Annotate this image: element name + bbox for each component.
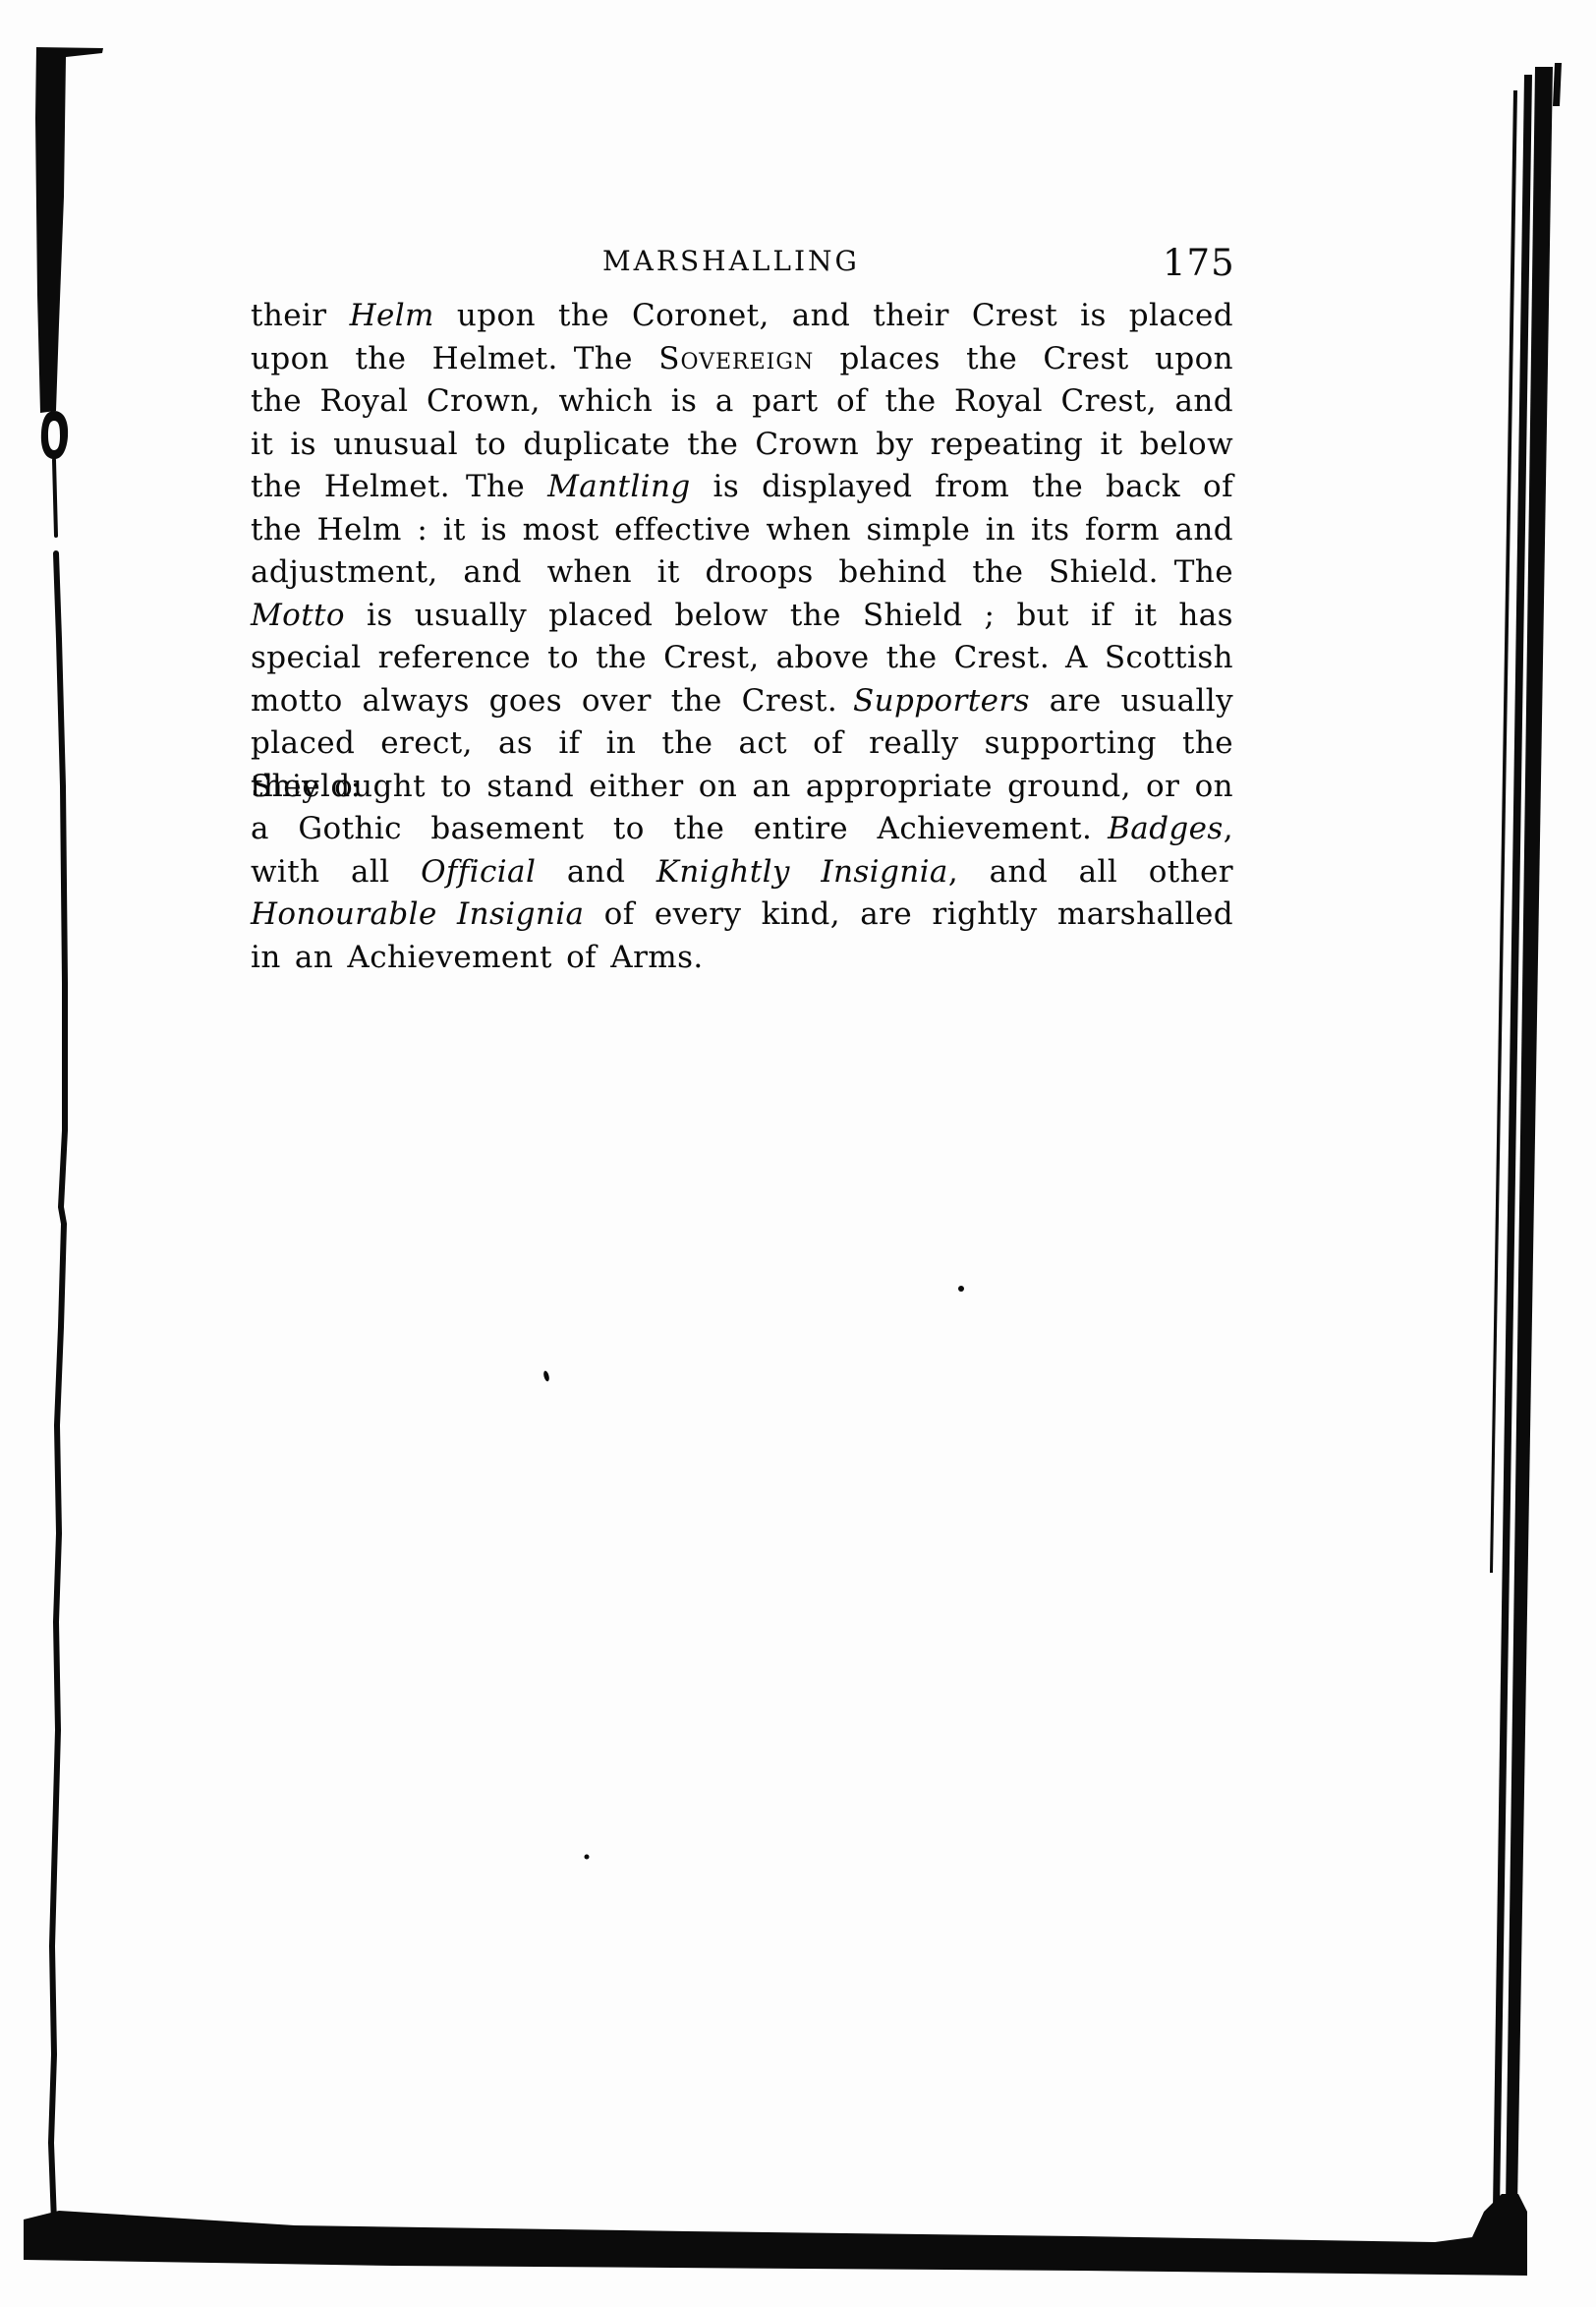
text-segment: Official <box>421 854 536 890</box>
text-segment: is usually placed below the Shield ; but… <box>345 598 1233 633</box>
left-edge-blotch <box>35 47 103 413</box>
left-edge-crease-line <box>51 553 65 2221</box>
text-line: they ought to stand either on an appropr… <box>251 766 1233 809</box>
left-edge-loop <box>41 411 68 459</box>
text-segment: special reference to the Crest, above th… <box>251 640 1233 675</box>
text-line: a Gothic basement to the entire Achievem… <box>251 808 1233 851</box>
text-line: upon the Helmet. The Sovereign places th… <box>251 338 1233 381</box>
right-binding-stripe-thin <box>1490 90 1517 1573</box>
text-line: Motto is usually placed below the Shield… <box>251 595 1233 638</box>
text-segment: with all <box>251 854 421 890</box>
text-line: it is unusual to duplicate the Crown by … <box>251 424 1233 467</box>
text-segment: Badges <box>1108 811 1224 846</box>
text-line: Honourable Insignia of every kind, are r… <box>251 894 1233 937</box>
text-segment: , <box>1224 811 1233 846</box>
text-segment: , and all other <box>948 854 1233 890</box>
text-segment: motto always goes over the Crest. <box>251 683 853 719</box>
text-segment: Helm <box>350 298 434 333</box>
text-line: adjustment, and when it droops behind th… <box>251 551 1233 595</box>
text-segment: upon the Helmet. The <box>251 341 658 376</box>
text-segment: Sovereign <box>658 341 814 376</box>
text-segment: the Helm : it is most effective when sim… <box>251 512 1233 548</box>
text-line: motto always goes over the Crest. Suppor… <box>251 680 1233 723</box>
text-segment: is displayed from the back of <box>691 469 1233 504</box>
text-segment: are usually <box>1030 683 1233 719</box>
text-segment: their <box>251 298 350 333</box>
right-binding-stripe-medium <box>1493 75 1532 2210</box>
text-segment: Mantling <box>547 469 691 504</box>
text-line: placed erect, as if in the act of really… <box>251 722 1233 766</box>
text-line: the Helmet. The Mantling is displayed fr… <box>251 466 1233 509</box>
dust-speck-small <box>585 1855 590 1860</box>
text-segment: it is unusual to duplicate the Crown by … <box>251 427 1233 462</box>
text-segment: of every kind, are rightly marshalled <box>584 896 1233 932</box>
right-binding-stripe-thick <box>1506 67 1553 2207</box>
text-line: the Royal Crown, which is a part of the … <box>251 380 1233 424</box>
text-segment: places the Crest upon <box>814 341 1233 376</box>
page-number: 175 <box>1163 242 1235 284</box>
text-segment: Knightly Insignia <box>656 854 948 890</box>
text-line: special reference to the Crest, above th… <box>251 637 1233 680</box>
text-line: with all Official and Knightly Insignia,… <box>251 851 1233 894</box>
text-segment: in an Achievement of Arms. <box>251 940 704 975</box>
text-segment: the Royal Crown, which is a part of the … <box>251 383 1233 419</box>
text-segment: the Helmet. The <box>251 469 547 504</box>
text-segment: a Gothic basement to the entire Achievem… <box>251 811 1108 846</box>
bottom-edge-band <box>24 2194 1527 2276</box>
text-segment: and <box>536 854 656 890</box>
text-segment: Supporters <box>853 683 1030 719</box>
running-head-title: MARSHALLING <box>602 245 860 277</box>
text-line: the Helm : it is most effective when sim… <box>251 509 1233 552</box>
text-line: in an Achievement of Arms. <box>251 937 1233 980</box>
text-segment: Motto <box>251 598 345 633</box>
right-binding-stripe-tick <box>1553 63 1562 106</box>
scanned-book-page: MARSHALLING 175 their Helm upon the Coro… <box>0 0 1596 2307</box>
text-segment: upon the Coronet, and their Crest is pla… <box>434 298 1233 333</box>
text-segment: Honourable Insignia <box>251 896 584 932</box>
text-line: their Helm upon the Coronet, and their C… <box>251 295 1233 338</box>
text-segment: adjustment, and when it droops behind th… <box>251 554 1233 590</box>
left-edge-crease-upper <box>54 460 56 536</box>
dust-speck-dot <box>958 1286 964 1292</box>
dust-speck-comma <box>542 1370 550 1382</box>
text-segment: they ought to stand either on an appropr… <box>251 769 1233 804</box>
body-text: their Helm upon the Coronet, and their C… <box>251 295 1233 979</box>
